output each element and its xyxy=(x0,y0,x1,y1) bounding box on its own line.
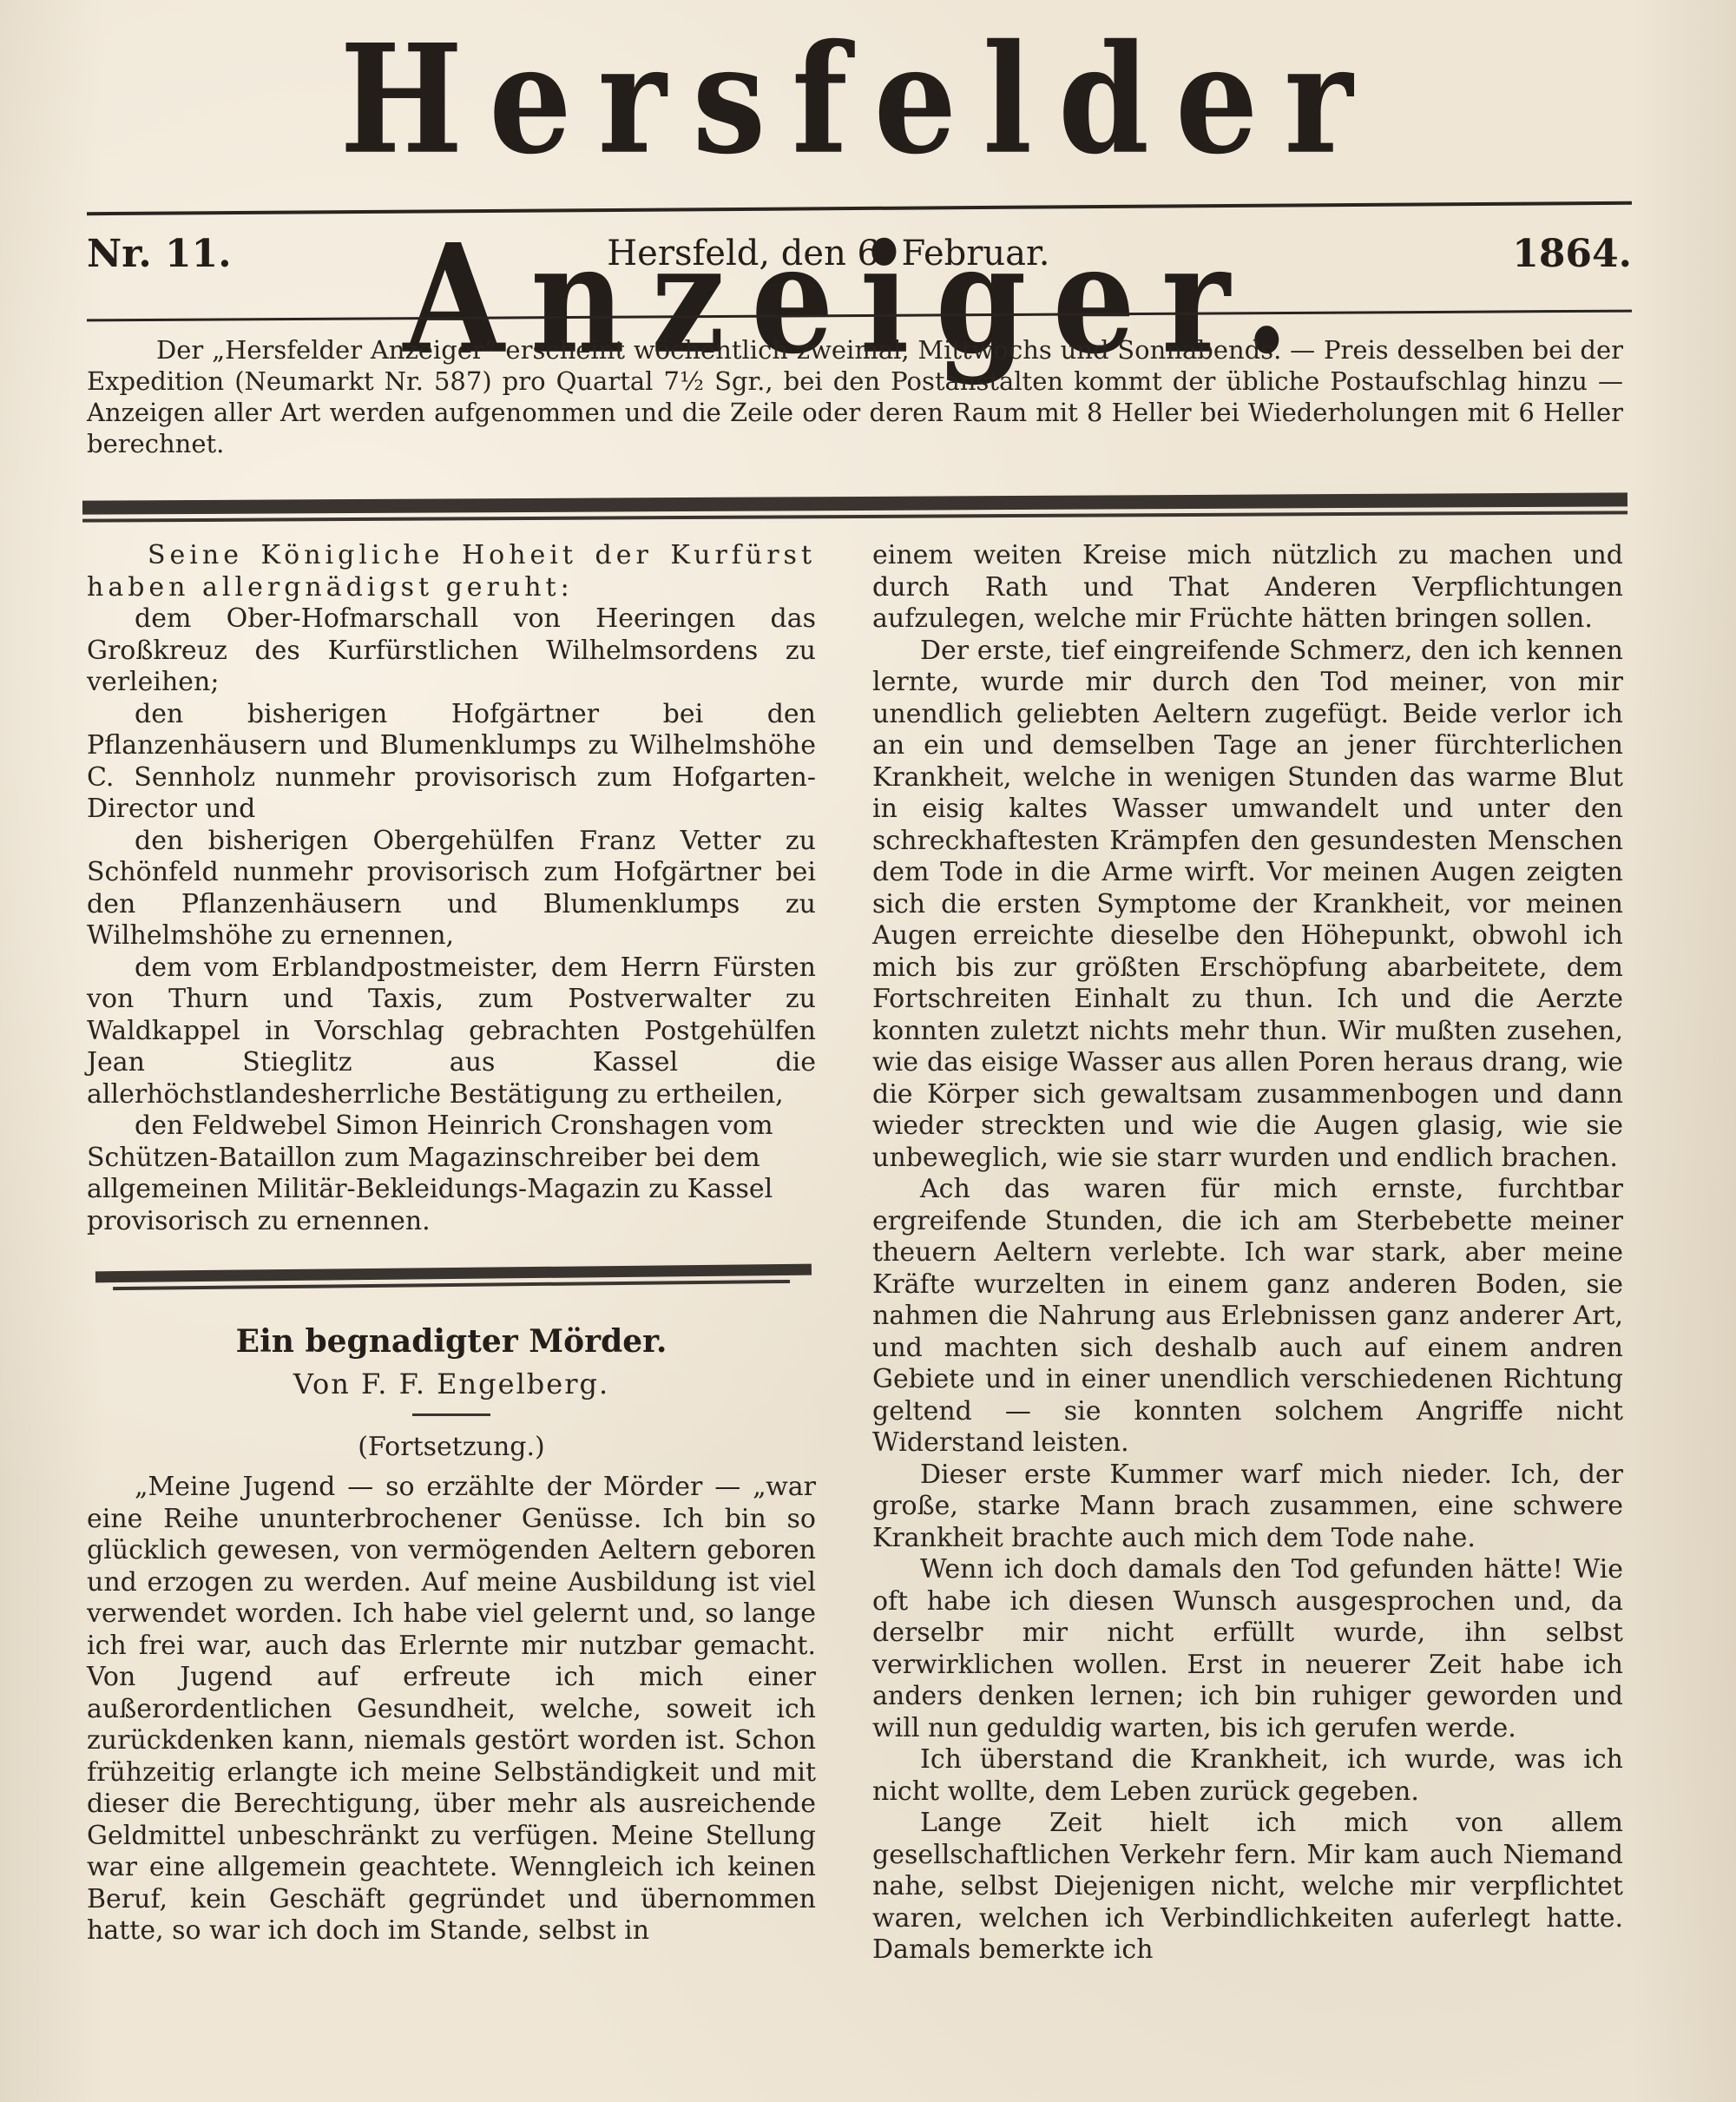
article-header: Ein begnadigter Mörder. Von F. F. Engelb… xyxy=(87,1320,816,1465)
article-title: Ein begnadigter Mörder. xyxy=(87,1320,816,1363)
article-paragraph: Der erste, tief eingreifende Schmerz, de… xyxy=(872,636,1623,1175)
issue-date: Hersfeld, den 6. Februar. xyxy=(607,234,1049,273)
masthead: Hersfelder Anzeiger. xyxy=(87,26,1632,200)
article-right-column: einem weiten Kreise mich nützlich zu mac… xyxy=(872,540,1623,1967)
article-divider xyxy=(95,1264,812,1291)
official-notice-paragraph: den bisherigen Obergehülfen Franz Vetter… xyxy=(87,826,816,952)
article-paragraph: Dieser erste Kummer warf mich nieder. Ic… xyxy=(872,1460,1623,1555)
article-paragraph: Ach das waren für mich ernste, furchtbar… xyxy=(872,1174,1623,1460)
section-divider-top xyxy=(82,492,1627,522)
newspaper-page: Hersfelder Anzeiger. Nr. 11. Hersfeld, d… xyxy=(0,0,1736,2102)
official-notice-intro: Seine Königliche Hoheit der Kurfürst hab… xyxy=(87,540,816,603)
article-left-column: „Meine Jugend — so erzählte der Mörder —… xyxy=(87,1472,816,1947)
official-notice-paragraph: den bisherigen Hofgärtner bei den Pflanz… xyxy=(87,699,816,826)
subscription-notice: Der „Hersfelder Anzeiger“ erscheint wöch… xyxy=(87,334,1623,459)
article-paragraph: „Meine Jugend — so erzählte der Mörder —… xyxy=(87,1472,816,1947)
dateline: Nr. 11. Hersfeld, den 6. Februar. 1864. xyxy=(87,227,1632,280)
article-separator xyxy=(412,1413,490,1416)
article-author: Von F. F. Engelberg. xyxy=(87,1363,816,1405)
article-paragraph: Lange Zeit hielt ich mich von allem gese… xyxy=(872,1808,1623,1967)
article-continuation-label: (Fortsetzung.) xyxy=(87,1430,816,1465)
article-paragraph: Ich überstand die Krankheit, ich wurde, … xyxy=(872,1744,1623,1808)
official-notice-paragraph: den Feldwebel Simon Heinrich Cronshagen … xyxy=(87,1110,816,1237)
official-notice-paragraph: dem Ober-Hofmarschall von Heeringen das … xyxy=(87,603,816,699)
article-paragraph: einem weiten Kreise mich nützlich zu mac… xyxy=(872,540,1623,636)
issue-year: 1864. xyxy=(1512,232,1632,276)
article-paragraph: Wenn ich doch damals den Tod gefunden hä… xyxy=(872,1554,1623,1744)
issue-number: Nr. 11. xyxy=(87,232,232,276)
official-notice-paragraph: dem vom Erblandpostmeister, dem Herrn Fü… xyxy=(87,952,816,1111)
official-notice: Seine Königliche Hoheit der Kurfürst hab… xyxy=(87,540,816,1237)
